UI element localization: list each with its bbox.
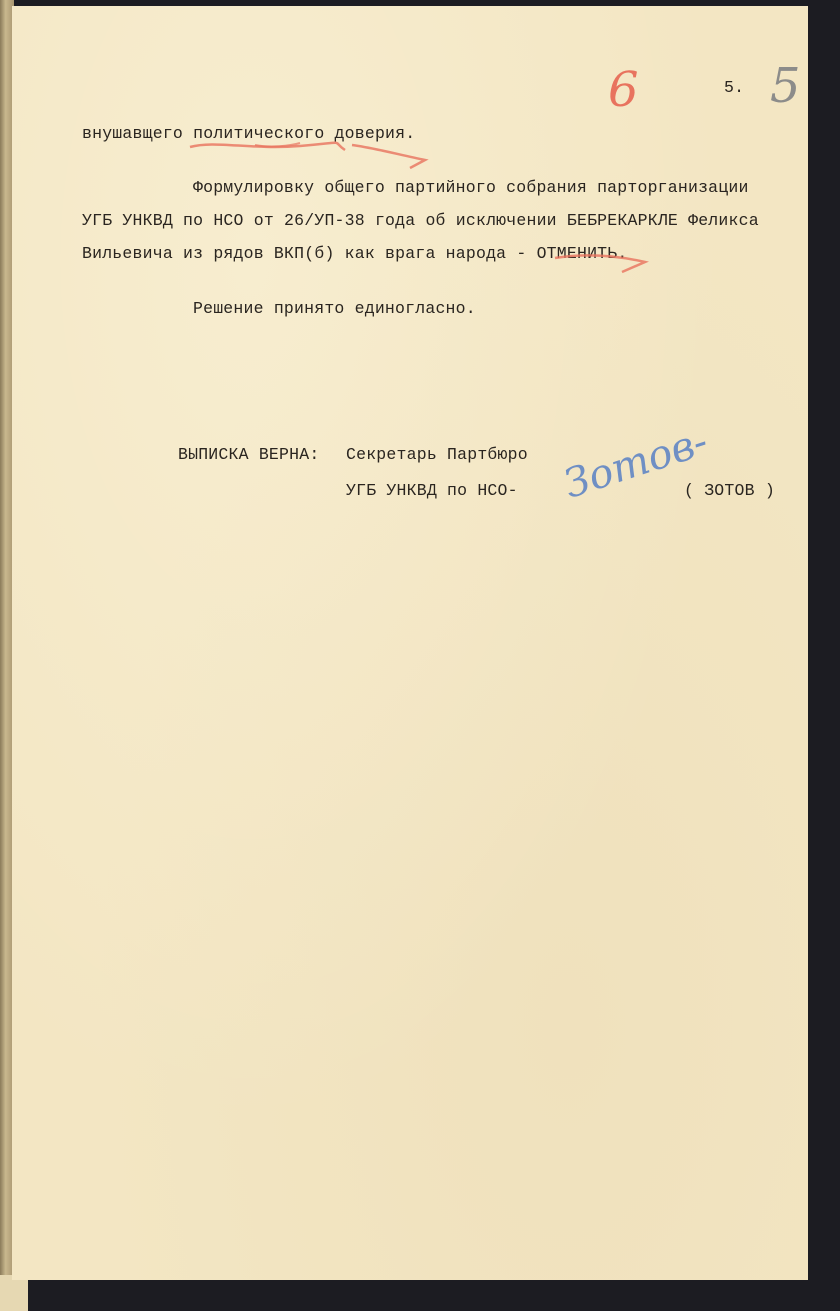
typed-page-number: 5.	[724, 78, 744, 97]
paragraph-line-1: Формулировку общего партийного собрания …	[193, 178, 749, 197]
certified-copy-label: ВЫПИСКА ВЕРНА:	[178, 445, 319, 464]
signatory-title-line-2: УГБ УНКВД по НСО-	[346, 481, 518, 500]
handwritten-page-number-red: 6	[608, 62, 639, 118]
paragraph-line-2: УГБ УНКВД по НСО от 26/УП-38 года об иск…	[82, 211, 759, 230]
binding-bottom	[0, 1275, 28, 1311]
signatory-name: ( ЗОТОВ )	[684, 481, 775, 500]
paragraph-line-3: Вильевича из рядов ВКП(б) как врага наро…	[82, 244, 628, 263]
handwritten-page-number-pencil: 5	[770, 58, 801, 114]
signatory-title-line-1: Секретарь Партбюро	[346, 445, 528, 464]
decision-text: Решение принято единогласно.	[193, 299, 476, 318]
document-page	[12, 6, 808, 1280]
body-line-1: внушавщего политического доверия.	[82, 124, 415, 143]
